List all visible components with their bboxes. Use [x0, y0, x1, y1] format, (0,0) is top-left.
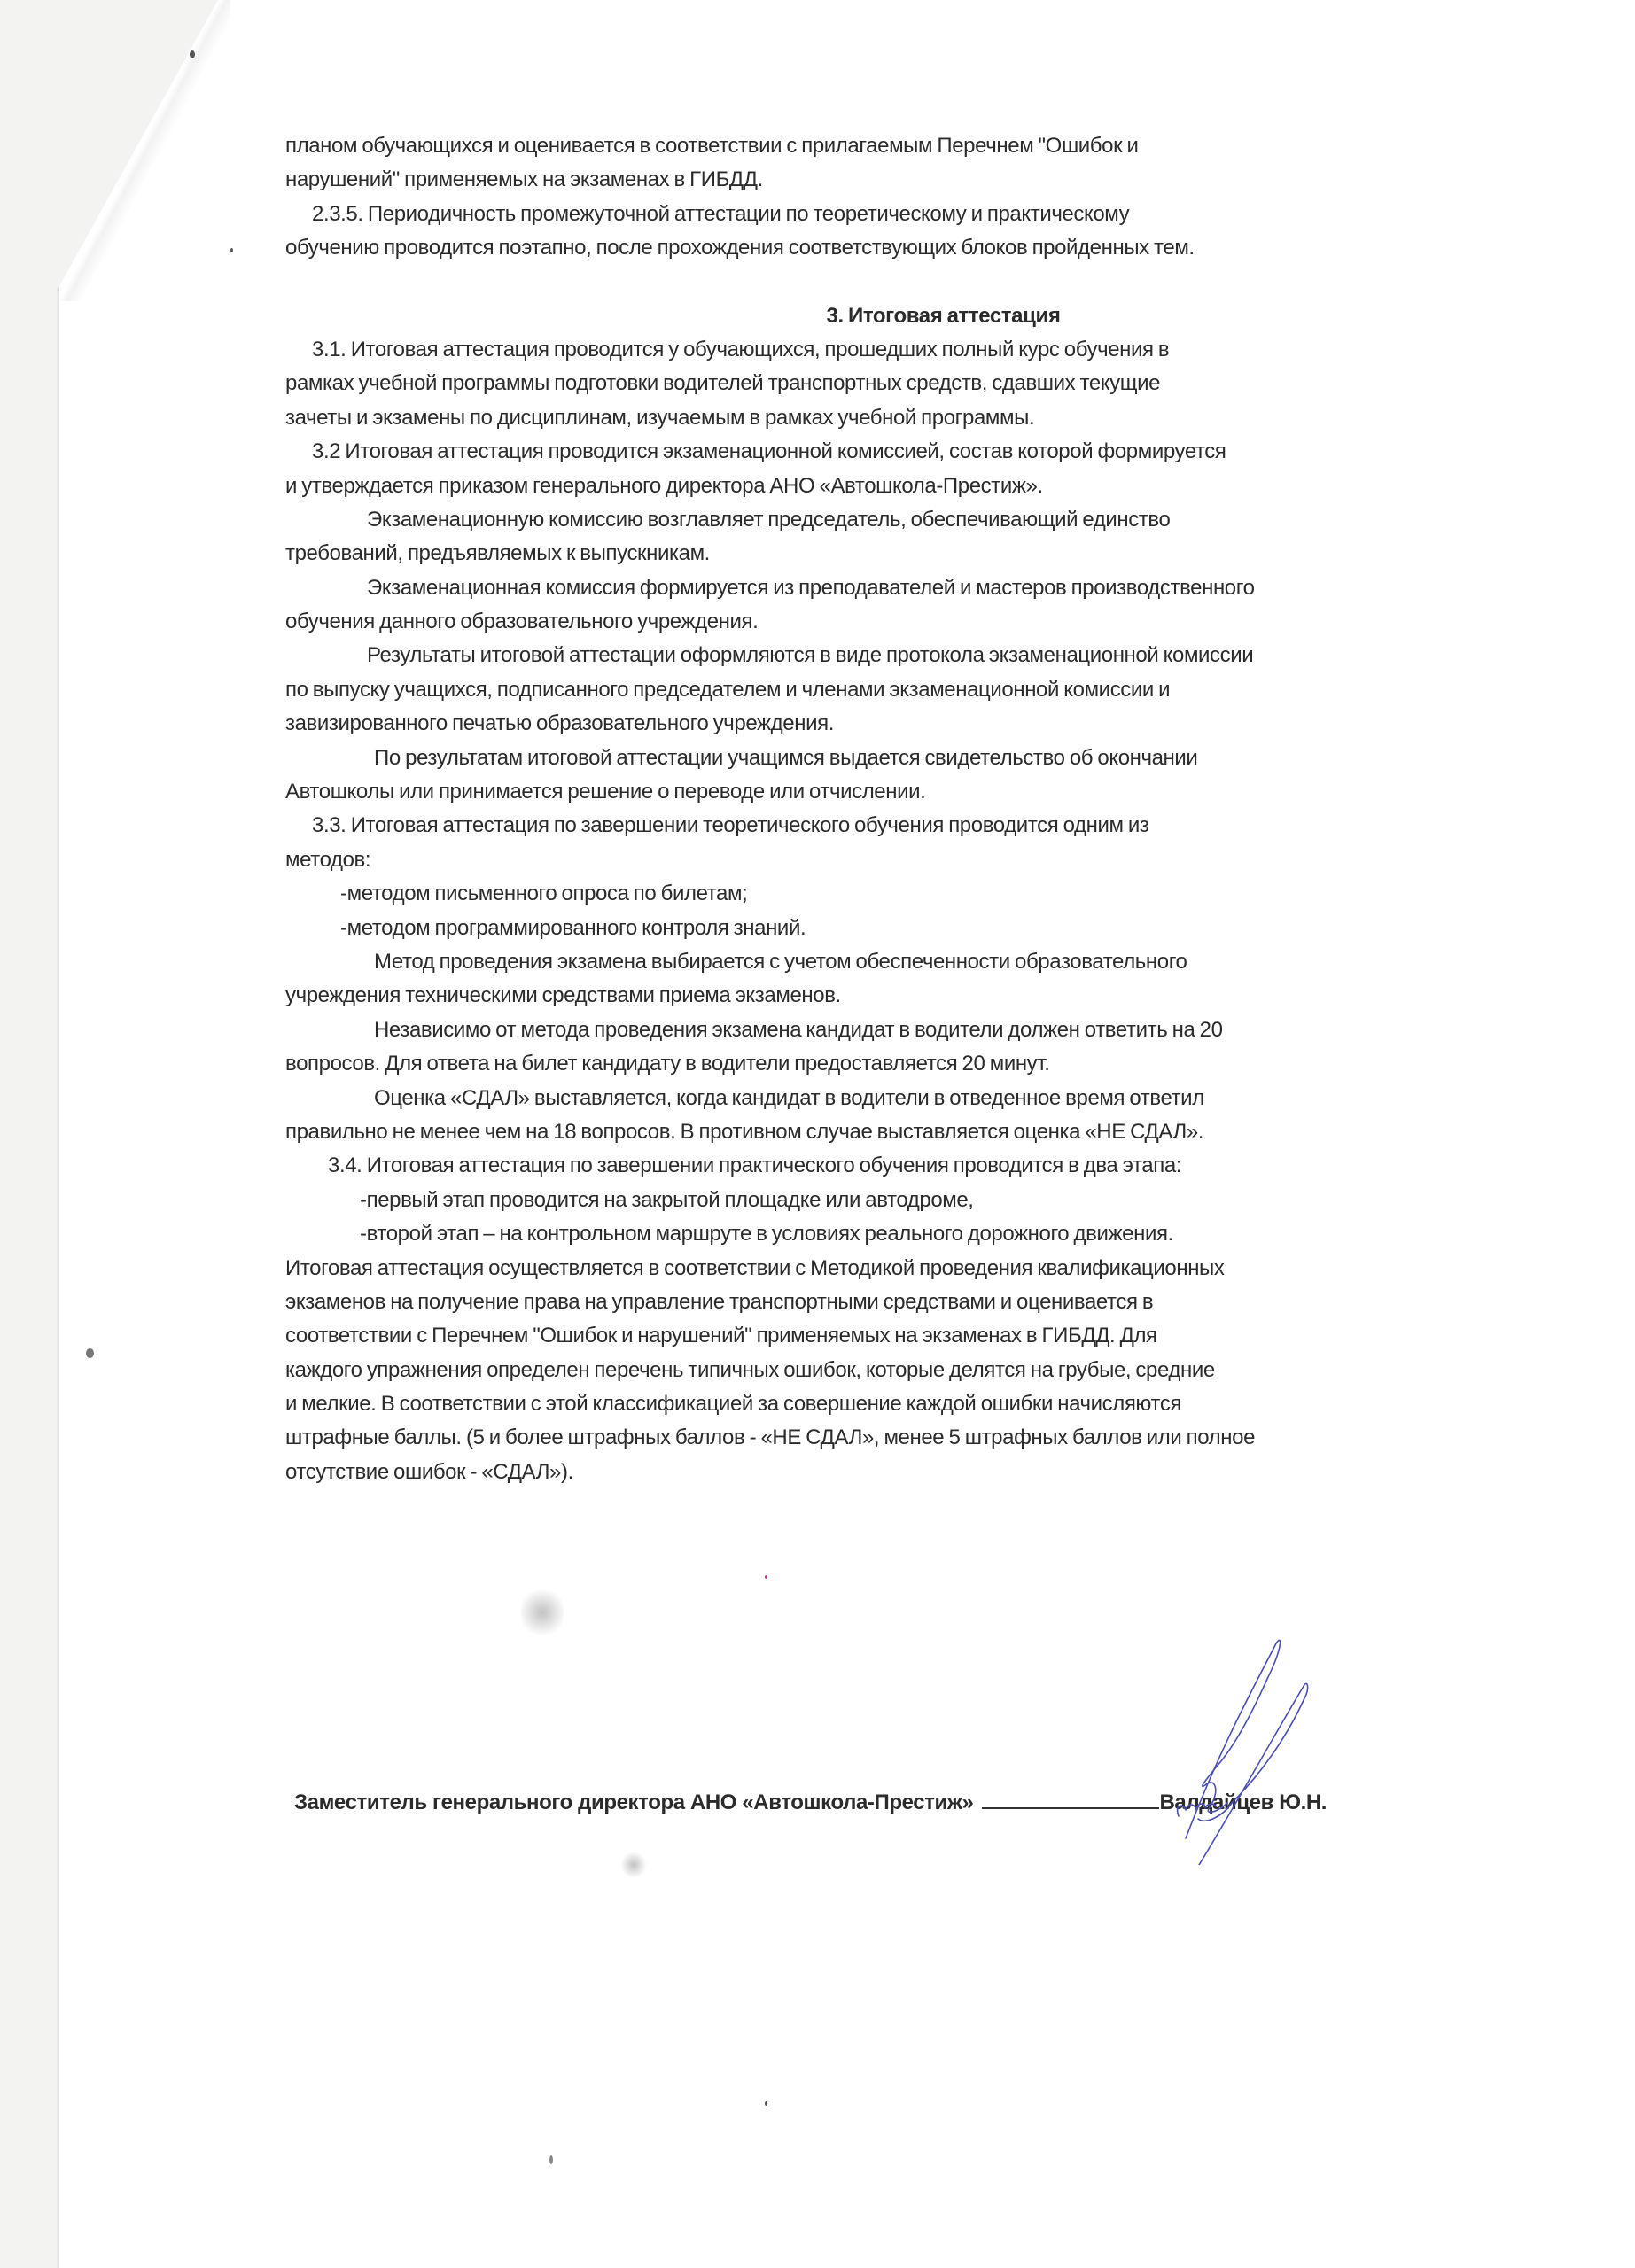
text-line: каждого упражнения определен перечень ти… — [285, 1354, 1548, 1387]
paragraph-line: Экзаменационная комиссия формируется из … — [285, 571, 1548, 605]
text-line: зачеты и экзамены по дисциплинам, изучае… — [285, 401, 1548, 435]
clause-3-2: 3.2 Итоговая аттестация проводится экзам… — [285, 435, 1548, 469]
text-line: Автошколы или принимается решение о пере… — [285, 775, 1548, 809]
section-heading: 3. Итоговая аттестация — [285, 299, 1548, 333]
paragraph-line: Независимо от метода проведения экзамена… — [285, 1014, 1548, 1047]
scan-smudge — [521, 1586, 564, 1639]
scan-speck — [549, 2155, 553, 2164]
list-item: -второй этап – на контрольном маршруте в… — [285, 1217, 1548, 1251]
text-line: рамках учебной программы подготовки води… — [285, 367, 1548, 400]
paragraph-line: Оценка «СДАЛ» выставляется, когда кандид… — [285, 1082, 1548, 1115]
list-item: -первый этап проводится на закрытой площ… — [285, 1184, 1548, 1217]
signature-line — [982, 1786, 1159, 1809]
paragraph-line: Метод проведения экзамена выбирается с у… — [285, 945, 1548, 979]
text-line: правильно не менее чем на 18 вопросов. В… — [285, 1115, 1548, 1149]
text-line: обучения данного образовательного учрежд… — [285, 605, 1548, 639]
text-line: отсутствие ошибок - «СДАЛ»). — [285, 1456, 1548, 1489]
paragraph-line: Экзаменационную комиссию возглавляет пре… — [285, 503, 1548, 537]
scan-speck — [765, 2101, 767, 2106]
text-line: экзаменов на получение права на управлен… — [285, 1285, 1548, 1319]
text-line: планом обучающихся и оценивается в соотв… — [285, 129, 1548, 163]
page-edge — [57, 288, 58, 2268]
scanned-page: планом обучающихся и оценивается в соотв… — [0, 0, 1635, 2268]
scan-smudge — [620, 1852, 647, 1878]
text-line: Итоговая аттестация осуществляется в соо… — [285, 1252, 1548, 1285]
spacer — [285, 266, 1548, 299]
text-line: завизированного печатью образовательного… — [285, 707, 1548, 741]
paragraph-line: Результаты итоговой аттестации оформляют… — [285, 639, 1548, 672]
scan-speck — [765, 1575, 767, 1579]
text-line: штрафные баллы. (5 и более штрафных балл… — [285, 1421, 1548, 1455]
scan-speck — [86, 1348, 94, 1358]
scan-speck — [230, 248, 233, 252]
text-line: требований, предъявляемых к выпускникам. — [285, 537, 1548, 571]
text-line: соответствии с Перечнем "Ошибок и наруше… — [285, 1319, 1548, 1353]
handwritten-signature-icon — [1143, 1635, 1356, 1865]
clause-3-4: 3.4. Итоговая аттестация по завершении п… — [285, 1149, 1548, 1183]
list-item: -методом программированного контроля зна… — [285, 912, 1548, 945]
clause-3-3: 3.3. Итоговая аттестация по завершении т… — [285, 809, 1548, 843]
text-line: вопросов. Для ответа на билет кандидату … — [285, 1047, 1548, 1081]
text-line: нарушений" применяемых на экзаменах в ГИ… — [285, 163, 1548, 197]
text-line: и мелкие. В соответствии с этой классифи… — [285, 1387, 1548, 1421]
list-item: -методом письменного опроса по билетам; — [285, 877, 1548, 911]
text-line: методов: — [285, 843, 1548, 877]
clause-2-3-5: 2.3.5. Периодичность промежуточной аттес… — [285, 198, 1548, 231]
text-line: учреждения техническими средствами прием… — [285, 979, 1548, 1013]
scan-speck — [190, 50, 195, 58]
signatory-position: Заместитель генерального директора АНО «… — [294, 1790, 973, 1815]
text-line: по выпуску учащихся, подписанного предсе… — [285, 673, 1548, 707]
paragraph-line: По результатам итоговой аттестации учащи… — [285, 742, 1548, 775]
document-body: планом обучающихся и оценивается в соотв… — [285, 129, 1548, 1489]
text-line: обучению проводится поэтапно, после прох… — [285, 231, 1548, 265]
text-line: и утверждается приказом генерального дир… — [285, 470, 1548, 503]
clause-3-1: 3.1. Итоговая аттестация проводится у об… — [285, 333, 1548, 367]
